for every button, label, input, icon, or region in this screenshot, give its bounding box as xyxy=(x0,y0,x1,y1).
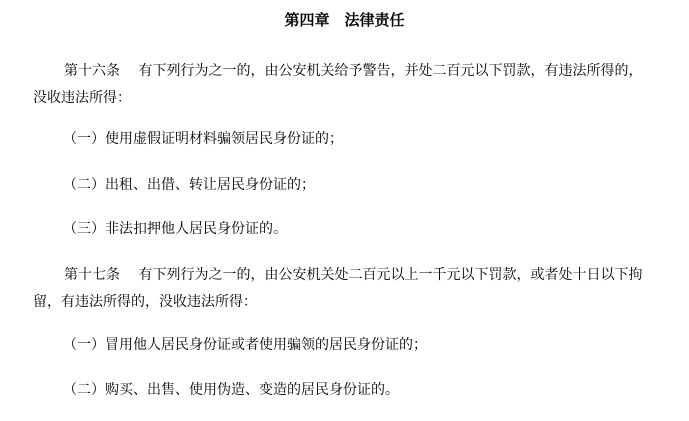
article-16-number: 第十六条 xyxy=(64,63,120,79)
article-17-item-2: （二）购买、出售、使用伪造、变造的居民身份证的。 xyxy=(63,380,399,400)
article-17-number: 第十七条 xyxy=(64,267,120,283)
article-separator xyxy=(120,267,138,283)
article-separator xyxy=(120,63,138,79)
article-17-paragraph: 第十七条 有下列行为之一的，由公安机关处二百元以上一千元以下罚款，或者处十日以下… xyxy=(33,262,647,316)
article-16-item-1: （一）使用虚假证明材料骗领居民身份证的； xyxy=(63,129,343,149)
article-16-item-3: （三）非法扣押他人居民身份证的。 xyxy=(63,219,287,239)
article-17-item-1: （一）冒用他人居民身份证或者使用骗领的居民身份证的； xyxy=(63,335,427,355)
article-16-item-2: （二）出租、出借、转让居民身份证的； xyxy=(63,175,315,195)
article-16-paragraph: 第十六条 有下列行为之一的，由公安机关给予警告，并处二百元以下罚款，有违法所得的… xyxy=(33,58,647,112)
document-page: 第四章 法律责任 第十六条 有下列行为之一的，由公安机关给予警告，并处二百元以下… xyxy=(0,0,689,421)
chapter-title: 第四章 法律责任 xyxy=(0,10,689,30)
